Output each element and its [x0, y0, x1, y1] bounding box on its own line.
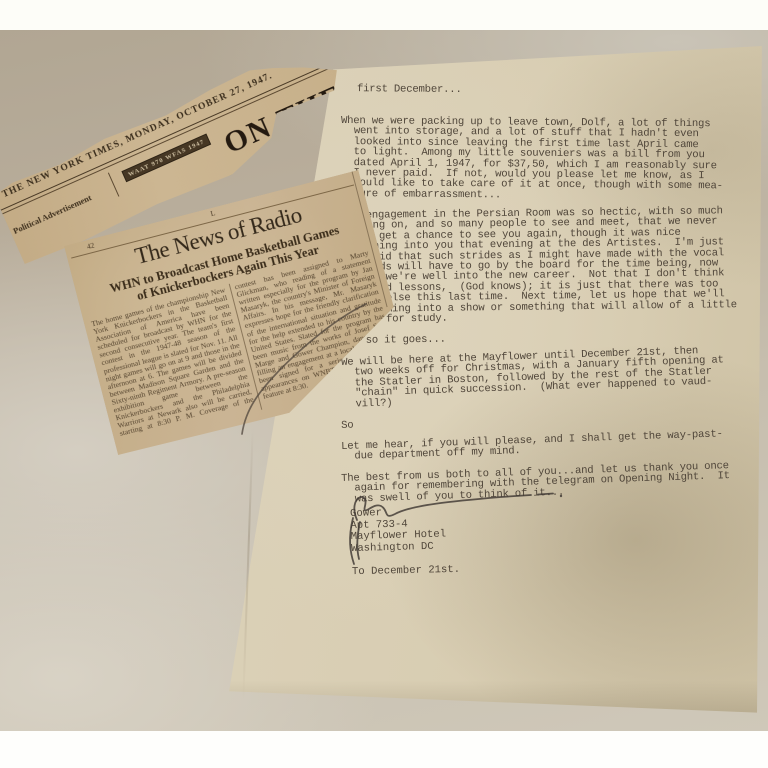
page-number: 42 [86, 241, 96, 252]
letter-paragraph: Let me hear, if you will please, and I s… [341, 428, 759, 463]
column-divider [108, 173, 119, 197]
letter-line: So [341, 407, 759, 431]
letter-so-line: So [341, 407, 759, 431]
pen-mark [228, 296, 373, 441]
white-border-top [0, 0, 768, 30]
letter-paragraph: We will be here at the Mayflower until D… [341, 344, 760, 410]
photo-of-documents: first December... When we were packing u… [0, 0, 768, 768]
column-mark: L [209, 208, 216, 218]
typed-letter-text: first December... When we were packing u… [341, 84, 759, 516]
handwritten-signature [329, 488, 579, 568]
white-border-bottom [0, 731, 768, 768]
letter-heading: first December... [341, 84, 759, 98]
letter-paragraph: When we were packing up to leave town, D… [340, 116, 759, 203]
letter-paragraph: The engagement in the Persian Room was s… [341, 206, 760, 326]
letter-line: first December... [357, 84, 759, 98]
